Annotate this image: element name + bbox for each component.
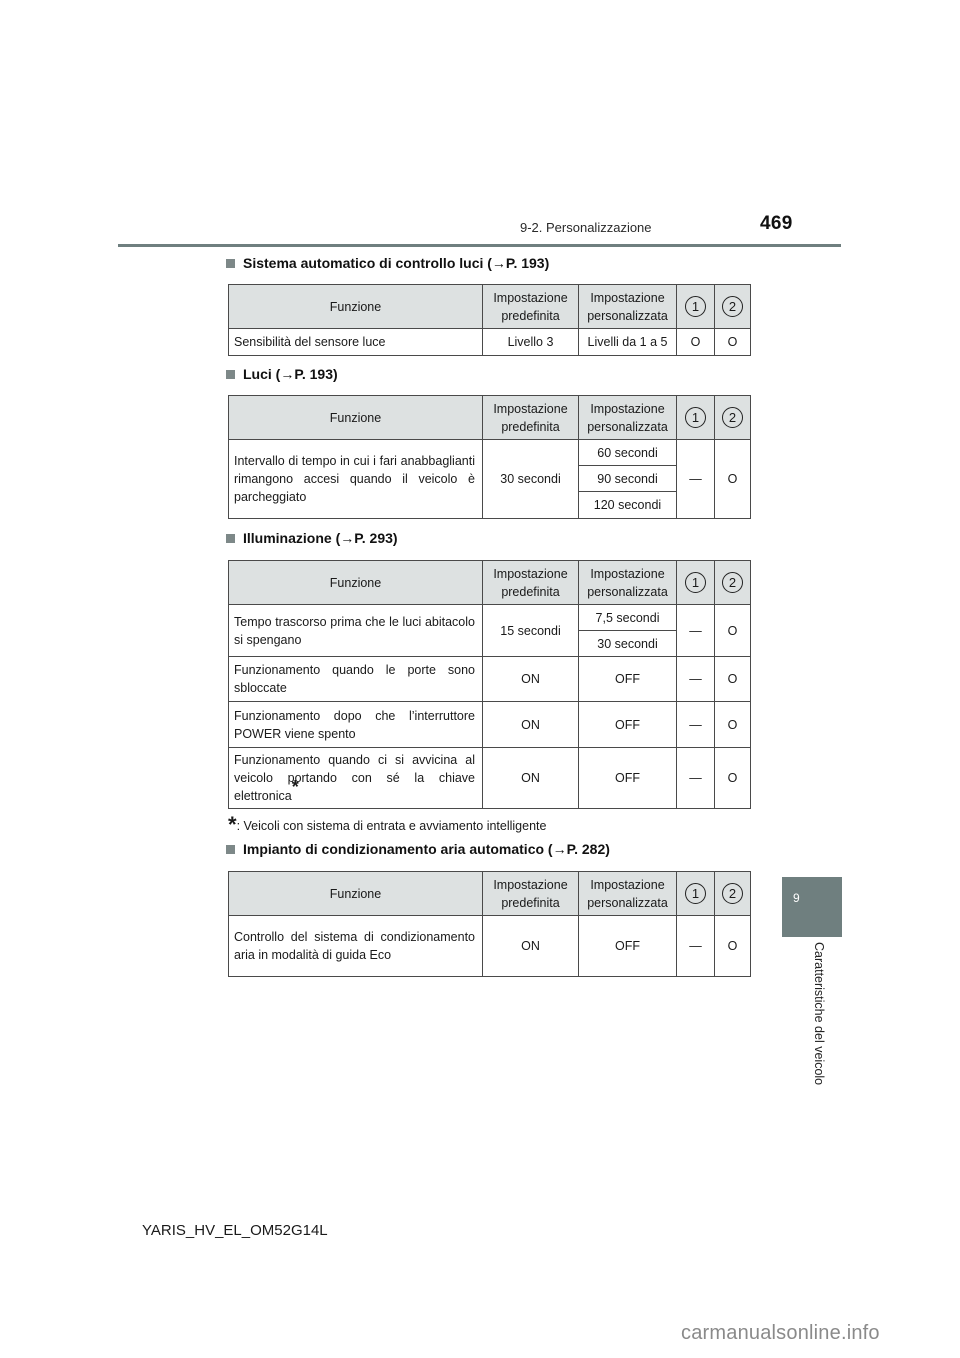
- footnote-star: *: [228, 812, 237, 837]
- table-header-row: Funzione Impostazionepredefinita Imposta…: [229, 285, 751, 329]
- circled-1-icon: 1: [685, 572, 706, 593]
- header-rule: [118, 244, 841, 247]
- square-bullet-icon: [226, 259, 235, 268]
- section-heading-illumination: Illuminazione (→P. 293): [226, 530, 398, 546]
- circled-2-icon: 2: [722, 883, 743, 904]
- circled-2-icon: 2: [722, 407, 743, 428]
- cell-custom: OFF: [579, 702, 677, 748]
- circled-2-icon: 2: [722, 572, 743, 593]
- cell-function: Funzionamento dopo che l’interruttore PO…: [229, 702, 483, 748]
- cell-custom: Livelli da 1 a 5: [579, 329, 677, 356]
- cell-method1: —: [677, 440, 715, 519]
- cell-method1: —: [677, 916, 715, 977]
- col-custom: Impostazionepersonalizzata: [579, 872, 677, 916]
- col-method1: 1: [677, 396, 715, 440]
- section-title: Sistema automatico di controllo luci (→P…: [243, 255, 549, 271]
- cell-default: 15 secondi: [483, 605, 579, 657]
- cell-method2: O: [715, 748, 751, 809]
- col-method2: 2: [715, 285, 751, 329]
- col-custom: Impostazionepersonalizzata: [579, 285, 677, 329]
- table-header-row: Funzione Impostazionepredefinita Imposta…: [229, 561, 751, 605]
- col-default: Impostazionepredefinita: [483, 561, 579, 605]
- col-custom: Impostazionepersonalizzata: [579, 561, 677, 605]
- section-title: Illuminazione (→P. 293): [243, 530, 398, 546]
- col-custom: Impostazionepersonalizzata: [579, 396, 677, 440]
- table-row: Funzionamento quando le porte sono sbloc…: [229, 657, 751, 702]
- cell-function: Controllo del sistema di condizionamento…: [229, 916, 483, 977]
- table-row: Tempo trascorso prima che le luci abitac…: [229, 605, 751, 631]
- table-lights: Funzione Impostazionepredefinita Imposta…: [228, 395, 751, 519]
- footnote-text: : Veicoli con sistema di entrata e avvia…: [237, 819, 547, 833]
- cell-default: ON: [483, 748, 579, 809]
- square-bullet-icon: [226, 370, 235, 379]
- circled-1-icon: 1: [685, 883, 706, 904]
- col-method1: 1: [677, 285, 715, 329]
- cell-custom-option: 60 secondi: [579, 440, 677, 466]
- section-heading-auto-ac: Impianto di condizionamento aria automat…: [226, 841, 610, 857]
- table-header-row: Funzione Impostazionepredefinita Imposta…: [229, 872, 751, 916]
- table-row: Funzionamento dopo che l’interruttore PO…: [229, 702, 751, 748]
- circled-1-icon: 1: [685, 407, 706, 428]
- col-method2: 2: [715, 872, 751, 916]
- col-default: Impostazionepredefinita: [483, 872, 579, 916]
- cell-custom: OFF: [579, 748, 677, 809]
- cell-method1: —: [677, 748, 715, 809]
- table-row: Intervallo di tempo in cui i fari anabba…: [229, 440, 751, 466]
- col-function: Funzione: [229, 396, 483, 440]
- cell-default: 30 secondi: [483, 440, 579, 519]
- cell-custom-option: 30 secondi: [579, 631, 677, 657]
- circled-1-icon: 1: [685, 296, 706, 317]
- section-title: Impianto di condizionamento aria automat…: [243, 841, 610, 857]
- cell-method1: —: [677, 605, 715, 657]
- col-method1: 1: [677, 872, 715, 916]
- table-row: Sensibilità del sensore luce Livello 3 L…: [229, 329, 751, 356]
- cell-custom-option: 120 secondi: [579, 492, 677, 519]
- running-head: 9-2. Personalizzazione: [520, 220, 652, 235]
- page-number: 469: [760, 213, 793, 235]
- chapter-tab: 9: [782, 877, 842, 937]
- section-heading-auto-light-control: Sistema automatico di controllo luci (→P…: [226, 255, 549, 271]
- square-bullet-icon: [226, 534, 235, 543]
- cell-method2: O: [715, 657, 751, 702]
- cell-custom-option: 90 secondi: [579, 466, 677, 492]
- col-function: Funzione: [229, 872, 483, 916]
- cell-default: ON: [483, 657, 579, 702]
- cell-method2: O: [715, 916, 751, 977]
- footnote-mark: *: [292, 777, 299, 797]
- watermark: carmanualsonline.info: [681, 1322, 880, 1345]
- cell-method1: —: [677, 657, 715, 702]
- cell-custom: OFF: [579, 916, 677, 977]
- cell-custom: OFF: [579, 657, 677, 702]
- section-title: Luci (→P. 193): [243, 366, 338, 382]
- col-function: Funzione: [229, 561, 483, 605]
- cell-method2: O: [715, 329, 751, 356]
- square-bullet-icon: [226, 845, 235, 854]
- cell-function: Tempo trascorso prima che le luci abitac…: [229, 605, 483, 657]
- cell-function: Funzionamento quando ci si avvicina al v…: [229, 748, 483, 809]
- col-function: Funzione: [229, 285, 483, 329]
- cell-method2: O: [715, 440, 751, 519]
- section-heading-lights: Luci (→P. 193): [226, 366, 338, 382]
- table-header-row: Funzione Impostazionepredefinita Imposta…: [229, 396, 751, 440]
- col-method1: 1: [677, 561, 715, 605]
- col-default: Impostazionepredefinita: [483, 396, 579, 440]
- document-code: YARIS_HV_EL_OM52G14L: [142, 1222, 328, 1239]
- table-auto-light-control: Funzione Impostazionepredefinita Imposta…: [228, 284, 751, 356]
- footnote: *: Veicoli con sistema di entrata e avvi…: [228, 812, 546, 838]
- col-method2: 2: [715, 396, 751, 440]
- cell-function: Intervallo di tempo in cui i fari anabba…: [229, 440, 483, 519]
- col-default: Impostazionepredefinita: [483, 285, 579, 329]
- cell-method1: O: [677, 329, 715, 356]
- cell-method1: —: [677, 702, 715, 748]
- cell-function: Sensibilità del sensore luce: [229, 329, 483, 356]
- chapter-number: 9: [793, 891, 800, 905]
- table-row: Controllo del sistema di condizionamento…: [229, 916, 751, 977]
- col-method2: 2: [715, 561, 751, 605]
- cell-default: ON: [483, 916, 579, 977]
- circled-2-icon: 2: [722, 296, 743, 317]
- cell-method2: O: [715, 605, 751, 657]
- chapter-label: Caratteristiche del veicolo: [812, 942, 826, 1085]
- cell-method2: O: [715, 702, 751, 748]
- table-row: Funzionamento quando ci si avvicina al v…: [229, 748, 751, 809]
- cell-default: ON: [483, 702, 579, 748]
- cell-function: Funzionamento quando le porte sono sbloc…: [229, 657, 483, 702]
- table-illumination: Funzione Impostazionepredefinita Imposta…: [228, 560, 751, 809]
- table-auto-ac: Funzione Impostazionepredefinita Imposta…: [228, 871, 751, 977]
- cell-default: Livello 3: [483, 329, 579, 356]
- cell-custom-option: 7,5 secondi: [579, 605, 677, 631]
